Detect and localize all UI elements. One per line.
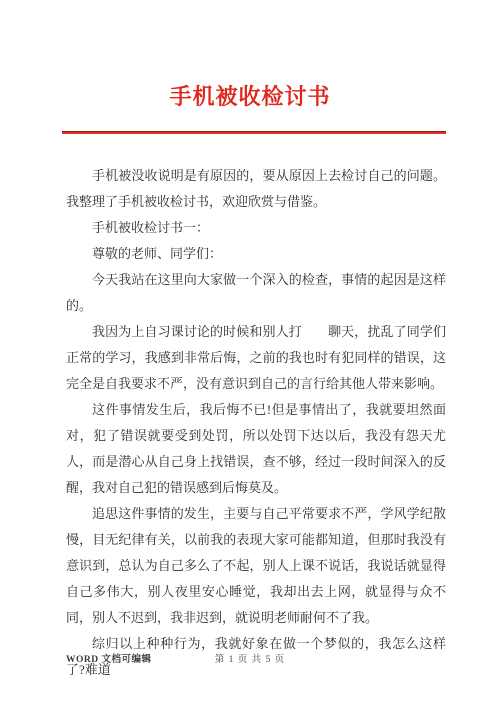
document-body: 手机被没收说明是有原因的，要从原因上去检讨自己的问题。我整理了手机被收检讨书，欢…: [66, 163, 446, 683]
watermark-label: WORD 文档可编辑: [66, 653, 152, 667]
page-indicator: 第 1 页 共 5 页: [215, 653, 285, 667]
paragraph-salutation: 尊敬的老师、同学们：: [66, 241, 446, 267]
paragraph-subtitle: 手机被收检讨书一：: [66, 215, 446, 241]
document-title: 手机被收检讨书: [0, 82, 500, 112]
paragraph-cause: 我因为上自习课讨论的时候和别人打 聊天，扰乱了同学们正常的学习，我感到非常后悔，…: [66, 319, 446, 397]
paragraph-opening: 今天我站在这里向大家做一个深入的检查，事情的起因是这样的。: [66, 267, 446, 319]
title-divider-rule: [62, 131, 446, 134]
paragraph-intro: 手机被没收说明是有原因的，要从原因上去检讨自己的问题。我整理了手机被收检讨书，欢…: [66, 163, 446, 215]
document-page: 手机被收检讨书 手机被没收说明是有原因的，要从原因上去检讨自己的问题。我整理了手…: [0, 0, 500, 708]
paragraph-regret: 这件事情发生后，我后悔不已!但是事情出了，我就要坦然面对，犯了错误就要受到处罚，…: [66, 397, 446, 501]
page-footer: WORD 文档可编辑 第 1 页 共 5 页: [0, 651, 500, 669]
paragraph-reflection: 追思这件事情的发生，主要与自己平常要求不严，学风学纪散慢，目无纪律有关，以前我的…: [66, 501, 446, 631]
